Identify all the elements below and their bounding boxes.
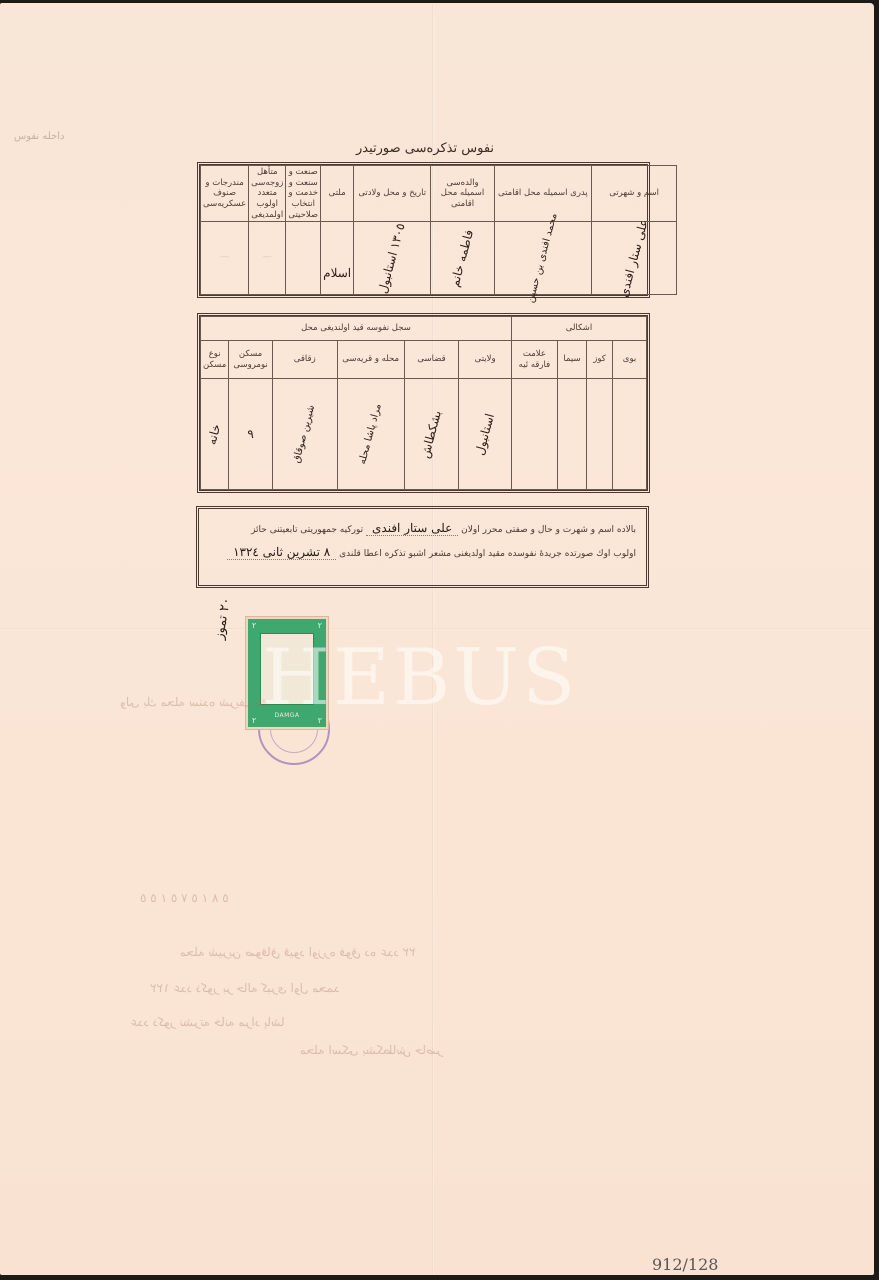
showthrough-line: محله شيرين صوقاق قيود اوزره فوق ده عدد ٢… [180,945,415,959]
cell-mother: فاطمه خانم [431,222,495,295]
header-father: پدرى اسميله محل اقامتى [494,166,591,222]
statement-date-fill: ٨ تشرين ثانى ١٣٢٤ [227,545,336,560]
header-street: زقاقى [272,341,337,379]
marginal-date-note: ٢٠ تموز [212,596,234,640]
cell-street: شيرين صوقاق [272,379,337,490]
registry-group-row: اشكالى سجل نفوسه قيد اولندیغى محل [201,317,647,341]
group-registry: سجل نفوسه قيد اولندیغى محل [201,317,512,341]
identity-table: اسم و شهرتى پدرى اسميله محل اقامتى والدە… [200,165,677,295]
document-paper: داخله نفوس نفوس تذكرەسى صورتيدر اسم و شه… [0,3,874,1275]
showthrough-line: ولى بك محله سنده شريف بك [120,695,269,709]
header-name: اسم و شهرتى [591,166,676,222]
watermark: HEBUS [262,633,578,723]
header-house-type: نوع مسكن [201,341,229,379]
archive-number: 912/128 [652,1255,718,1274]
header-nationality: ملتى [321,166,354,222]
identity-data-row: على ستار افندى محمد افندى بن حسين فاطمه … [201,222,677,295]
cell-province: استانبول [459,379,512,490]
cell-eyes [587,379,613,490]
cell-birth: ١٣٠٥ استانبول [354,222,431,295]
group-description: اشكالى [511,317,646,341]
cell-nationality: اسلام [321,222,354,295]
certification-statement: بالاده اسم و شهرت و حال و صفتى محرر اولا… [196,506,649,588]
cell-house-number: ٩ [229,379,273,490]
cell-neighborhood: مراد پاشا محله [337,379,404,490]
header-marital: متأهل زوجەسى متعدد اولوب اولمديغى [249,166,286,222]
cell-marital: — [249,222,286,295]
cell-profession [286,222,321,295]
registry-table: اشكالى سجل نفوسه قيد اولندیغى محل بوى كو… [200,316,647,490]
document-title: نفوس تذكرەسى صورتيدر [330,141,520,156]
cell-face [557,379,586,490]
identity-table-frame: اسم و شهرتى پدرى اسميله محل اقامتى والدە… [197,162,650,298]
showthrough-line: ٥ ٨ ١ ٥ ٧ ٥ ١ ٥ ٥ [140,891,229,905]
cell-name: على ستار افندى [591,222,676,295]
header-face: سيما [557,341,586,379]
cell-district: بشكطاش [404,379,458,490]
cell-height [613,379,647,490]
header-house-number: مسكن نومروسى [229,341,273,379]
showthrough-line: عدد ذكور نشرته خانه مراد پاشا [130,1015,285,1029]
registry-data-row: استانبول بشكطاش مراد پاشا محله شيرين صوق… [201,379,647,490]
header-profession: صنعت و سنعت و خدمت و انتخاب صلاحيتى [286,166,321,222]
identity-header-row: اسم و شهرتى پدرى اسميله محل اقامتى والدە… [201,166,677,222]
cell-house-type: خانه [201,379,229,490]
header-birth: تاريخ و محل ولادتى [354,166,431,222]
statement-line-2: اولوب اوك صورتده جريدهٔ نفوسده مقيد اولد… [209,541,636,565]
cell-marks [511,379,557,490]
header-district: قضاسى [404,341,458,379]
faint-top-note: داخله نفوس [14,131,64,142]
registry-table-frame: اشكالى سجل نفوسه قيد اولندیغى محل بوى كو… [197,313,650,493]
header-eyes: كوز [587,341,613,379]
cell-father: محمد افندى بن حسين [494,222,591,295]
header-mother: والدەسى اسميله محل اقامتى [431,166,495,222]
horizontal-fold [0,628,874,630]
header-military: مندرجات و صنوف عسكريەسى [201,166,249,222]
statement-line-1: بالاده اسم و شهرت و حال و صفتى محرر اولا… [209,517,636,541]
cell-military: — [201,222,249,295]
header-province: ولايتى [459,341,512,379]
header-distinguishing-marks: علامت فارقه ئيه [511,341,557,379]
statement-name-fill: على ستار افندى [366,521,458,536]
registry-header-row: بوى كوز سيما علامت فارقه ئيه ولايتى قضاس… [201,341,647,379]
showthrough-line: ١٢٢ عدد ذكور بر حاله كبرى اول محمد [150,981,340,995]
header-neighborhood: محله و قريەسى [337,341,404,379]
header-height: بوى [613,341,647,379]
showthrough-line: محله اسكى بشكطاش حاضر [300,1043,443,1057]
